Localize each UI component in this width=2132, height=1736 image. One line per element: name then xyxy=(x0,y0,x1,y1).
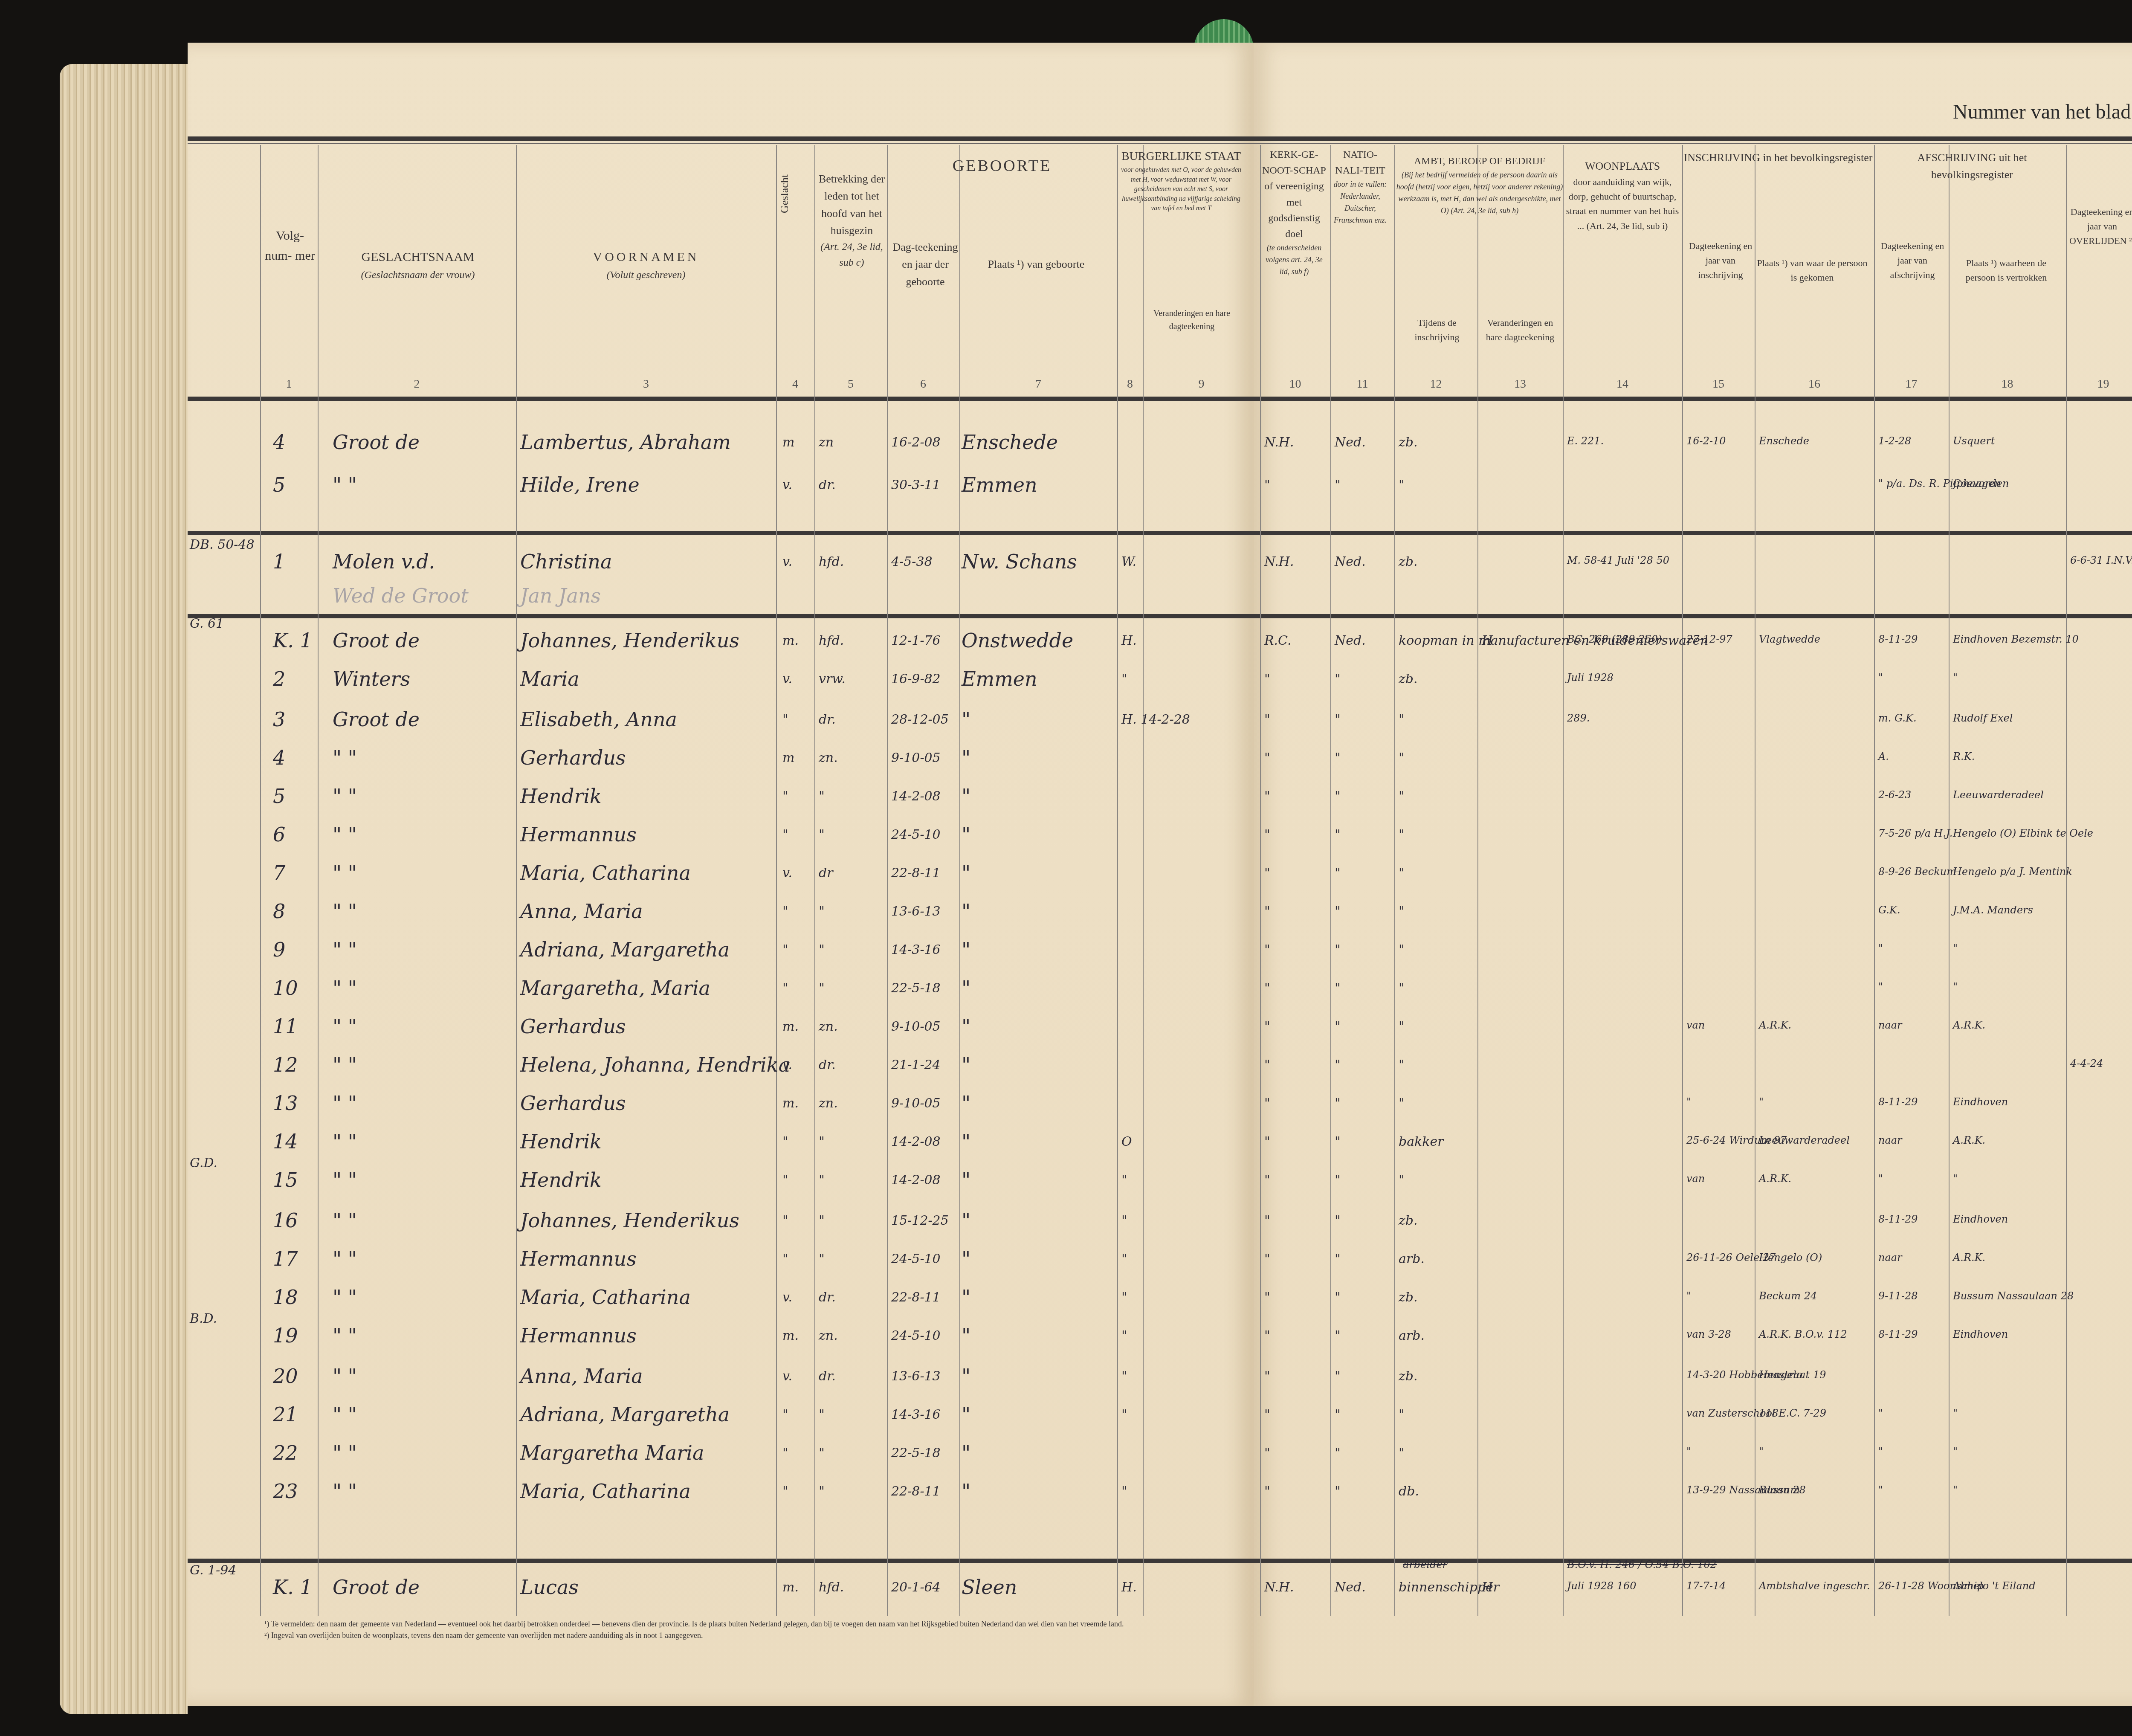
entry-nr: 15 xyxy=(273,1168,298,1191)
entry-civil: " xyxy=(1121,1213,1127,1228)
column-number-5: 5 xyxy=(814,377,887,391)
entry-nat: " xyxy=(1335,1213,1341,1228)
entry-rel: " xyxy=(819,1407,825,1422)
entry-born: 22-8-11 xyxy=(891,866,941,881)
entry-born: 21-1-24 xyxy=(891,1058,941,1072)
entry-nr: K. 1 xyxy=(273,1576,313,1599)
entry-surname: " " xyxy=(333,1365,357,1388)
entry-nr: 13 xyxy=(273,1092,298,1115)
entry-death: 6-6-31 I.N.V. xyxy=(2070,554,2132,566)
entry-rel: dr. xyxy=(819,712,836,727)
entry-occ: " xyxy=(1399,478,1405,493)
entry-civil: H. xyxy=(1121,1580,1137,1595)
col-6-header: Dag-teekening en jaar der geboorte xyxy=(889,239,962,290)
col-14-header: WOONPLAATSdoor aanduiding van wijk, dorp… xyxy=(1565,158,1680,233)
column-number-12: 12 xyxy=(1394,377,1477,391)
entry-born: 22-8-11 xyxy=(891,1484,941,1499)
col-7-header: Plaats ¹) van geboorte xyxy=(962,256,1111,273)
entry-out-to: Coevorden xyxy=(1953,478,2009,490)
entry-born: 4-5-38 xyxy=(891,554,933,569)
entry-nat: " xyxy=(1335,1407,1341,1422)
entry-nr: 7 xyxy=(273,861,285,884)
entry-occ: zb. xyxy=(1399,1213,1418,1228)
entry-given: Adriana, Margaretha xyxy=(520,1403,730,1426)
entry-civil: " xyxy=(1121,1484,1127,1499)
col-19-header: Dagteekening en jaar van OVERLIJDEN ²) xyxy=(2068,205,2132,248)
entry-out-to: Almelo 't Eiland xyxy=(1953,1580,2036,1592)
household-divider xyxy=(188,614,2132,618)
entry-given: Margaretha, Maria xyxy=(520,977,710,1000)
entry-sex: m. xyxy=(782,1580,799,1595)
entry-born: 16-2-08 xyxy=(891,435,941,450)
entry-sex: " xyxy=(782,1213,788,1228)
entry-nr: K. 1 xyxy=(273,629,313,652)
entry-out-to: R.K. xyxy=(1953,751,1975,762)
entry-given: Anna, Maria xyxy=(520,1365,643,1388)
entry-given: Gerhardus xyxy=(520,1015,626,1038)
entry-sex: " xyxy=(782,1252,788,1266)
entry-surname: Winters xyxy=(333,667,410,690)
entry-born: 22-5-18 xyxy=(891,981,941,996)
entry-rel: dr xyxy=(819,866,833,881)
entry-civil: W. xyxy=(1121,554,1136,569)
entry-occ-h: H xyxy=(1482,633,1493,648)
entry-church: " xyxy=(1264,1328,1270,1343)
entry-given: Johannes, Henderikus xyxy=(520,629,739,652)
entry-occ-h: H xyxy=(1482,1580,1493,1595)
entry-given: Adriana, Margaretha xyxy=(520,938,730,961)
entry-born: 14-2-08 xyxy=(891,1173,941,1188)
entry-in-from: Enschede xyxy=(1759,435,1809,447)
column-number-4: 4 xyxy=(776,377,814,391)
entry-occ: zb. xyxy=(1399,672,1418,687)
entry-surname: " " xyxy=(333,1130,357,1153)
entry-addr: M. 58-41 Juli '28 50 xyxy=(1567,554,1669,566)
entry-given: Hendrik xyxy=(520,1168,602,1191)
entry-born: 14-2-08 xyxy=(891,1134,941,1149)
entry-born: 30-3-11 xyxy=(891,478,941,493)
header-bottom-rule xyxy=(188,397,2132,401)
entry-church: " xyxy=(1264,904,1270,919)
entry-in-from: Beckum 24 xyxy=(1759,1290,1817,1302)
entry-out-to: " xyxy=(1953,942,1958,954)
entry-out-date: 8-11-29 xyxy=(1878,1213,1918,1225)
entry-nr: 17 xyxy=(273,1247,298,1270)
entry-nr: 16 xyxy=(273,1209,298,1232)
col-9-header: Veranderingen en hare dagteekening xyxy=(1143,307,1241,333)
entry-rel: zn xyxy=(819,435,834,450)
entry-occ: bakker xyxy=(1399,1134,1444,1149)
column-number-1: 1 xyxy=(260,377,318,391)
entry-occ: " xyxy=(1399,942,1405,957)
inschrijving-group-header: INSCHRIJVING in het bevolkingsregister xyxy=(1682,149,1874,166)
entry-born: 14-3-16 xyxy=(891,942,941,957)
entry-sex: " xyxy=(782,942,788,957)
entry-born: 9-10-05 xyxy=(891,1096,941,1111)
entry-civil: " xyxy=(1121,1173,1127,1188)
entry-occ: koopman in manufacturen en kruidenierswa… xyxy=(1399,633,1709,648)
entry-nr: 2 xyxy=(273,667,285,690)
entry-in-date: 14-3-20 Hobbemastraat 19 xyxy=(1686,1369,1826,1381)
column-number-17: 17 xyxy=(1874,377,1949,391)
entry-given-note: Jan Jans xyxy=(520,584,601,607)
entry-out-to: Bussum Nassaulaan 28 xyxy=(1953,1290,2074,1302)
entry-nat: " xyxy=(1335,1058,1341,1072)
entry-in-from: A.R.K. B.O.v. 112 xyxy=(1759,1328,1847,1340)
entry-out-to: Leeuwarderadeel xyxy=(1953,789,2044,801)
entry-place: Nw. Schans xyxy=(962,550,1077,573)
burgerlijke-staat-header: BURGERLIJKE STAATvoor ongehuwden met O, … xyxy=(1117,147,1245,213)
entry-occ: zb. xyxy=(1399,554,1418,569)
entry-nat: " xyxy=(1335,478,1341,493)
column-rule xyxy=(814,145,815,1616)
entry-place: " xyxy=(962,746,970,769)
entry-ref: B.D. xyxy=(190,1311,217,1326)
entry-sex: " xyxy=(782,1134,788,1149)
entry-church: " xyxy=(1264,1290,1270,1305)
entry-occ: " xyxy=(1399,904,1405,919)
entry-ref: G. 1-94 xyxy=(190,1563,236,1578)
entry-out-date: naar xyxy=(1878,1019,1902,1031)
entry-rel: " xyxy=(819,1213,825,1228)
footnotes: ¹) Te vermelden: den naam der gemeente v… xyxy=(264,1618,1245,1641)
footnote-1: ¹) Te vermelden: den naam der gemeente v… xyxy=(264,1618,1245,1630)
entry-sex: v. xyxy=(782,672,792,687)
household-divider xyxy=(188,531,2132,535)
column-rule xyxy=(1682,145,1683,1616)
entry-ref: G. 61 xyxy=(190,616,224,631)
entry-place: " xyxy=(962,1247,970,1270)
entry-church: " xyxy=(1264,712,1270,727)
entry-out-to: " xyxy=(1953,672,1958,684)
entry-in-date: 17-7-14 xyxy=(1686,1580,1726,1592)
column-rule xyxy=(2066,145,2067,1616)
entry-in-from: Vlagtwedde xyxy=(1759,633,1820,645)
column-rule xyxy=(1117,145,1118,1616)
entry-surname: " " xyxy=(333,785,357,808)
col-13-header: Veranderingen en hare dagteekening xyxy=(1480,316,1561,345)
entry-sex: m. xyxy=(782,1019,799,1034)
geboorte-group-header: GEBOORTE xyxy=(889,154,1115,179)
entry-sex: v. xyxy=(782,1058,792,1072)
entry-place: " xyxy=(962,1092,970,1115)
entry-out-date: 8-11-29 xyxy=(1878,1096,1918,1108)
entry-born: 16-9-82 xyxy=(891,672,941,687)
entry-place: " xyxy=(962,823,970,846)
entry-sex: " xyxy=(782,1407,788,1422)
column-number-8: 8 xyxy=(1117,377,1143,391)
col-3-header: VOORNAMEN(Voluit geschreven) xyxy=(518,247,774,283)
entry-nr: 4 xyxy=(273,746,285,769)
entry-sex: v. xyxy=(782,554,792,569)
entry-born: 24-5-10 xyxy=(891,827,941,842)
column-rule xyxy=(959,145,960,1616)
entry-civil: H. xyxy=(1121,633,1137,648)
entry-church: " xyxy=(1264,1134,1270,1149)
entry-occ: " xyxy=(1399,1019,1405,1034)
entry-out-date: " xyxy=(1878,1484,1883,1496)
col-12-header: Tijdens de inschrijving xyxy=(1396,316,1477,345)
entry-occ: arb. xyxy=(1399,1252,1425,1266)
column-number-7: 7 xyxy=(959,377,1117,391)
entry-in-date: 16-2-10 xyxy=(1686,435,1726,447)
entry-place: " xyxy=(962,1209,970,1232)
entry-occ: " xyxy=(1399,866,1405,881)
column-number-14: 14 xyxy=(1563,377,1682,391)
entry-surname: " " xyxy=(333,1403,357,1426)
entry-sex: v. xyxy=(782,866,792,881)
entry-nat: " xyxy=(1335,1096,1341,1111)
household-divider xyxy=(188,1559,2132,1563)
column-rule xyxy=(1330,145,1331,1616)
entry-surname: " " xyxy=(333,1441,357,1464)
entry-place: Sleen xyxy=(962,1576,1017,1599)
entry-in-date: " xyxy=(1686,1446,1691,1458)
entry-in-from: A.R.K. xyxy=(1759,1019,1791,1031)
entry-born: 22-8-11 xyxy=(891,1290,941,1305)
entry-occ: arb. xyxy=(1399,1328,1425,1343)
entry-place: Onstwedde xyxy=(962,629,1073,652)
entry-rel: " xyxy=(819,1252,825,1266)
entry-church: " xyxy=(1264,942,1270,957)
entry-church: " xyxy=(1264,1446,1270,1461)
column-number-2: 2 xyxy=(318,377,516,391)
entry-born: 22-5-18 xyxy=(891,1446,941,1461)
entry-in-from: " xyxy=(1759,1446,1764,1458)
entry-rel: zn. xyxy=(819,1019,838,1034)
entry-born: 9-10-05 xyxy=(891,751,941,765)
col-15-header: Dagteekening en jaar van inschrijving xyxy=(1686,239,1755,282)
entry-sex: " xyxy=(782,827,788,842)
entry-rel: hfd. xyxy=(819,633,844,648)
column-number-16: 16 xyxy=(1755,377,1874,391)
entry-occ: " xyxy=(1399,1058,1405,1072)
entry-out-to: " xyxy=(1953,1407,1958,1419)
entry-occ: " xyxy=(1399,712,1405,727)
entry-church: " xyxy=(1264,1173,1270,1188)
entry-surname: Groot de xyxy=(333,1576,420,1599)
entry-rel: vrw. xyxy=(819,672,846,687)
entry-surname: " " xyxy=(333,746,357,769)
entry-sex: m. xyxy=(782,1096,799,1111)
column-number-3: 3 xyxy=(516,377,776,391)
entry-in-date: van Zusterschool E.C. 7-29 xyxy=(1686,1407,1826,1419)
entry-in-from: Leeuwarderadeel xyxy=(1759,1134,1850,1146)
entry-surname: " " xyxy=(333,1324,357,1347)
entry-addr-struck: B.O.v. H. 246 / O.54 B.O. 102 xyxy=(1567,1559,1717,1571)
entry-place: Emmen xyxy=(962,473,1037,496)
entry-given: Christina xyxy=(520,550,612,573)
entry-sex: " xyxy=(782,981,788,996)
column-rule xyxy=(1563,145,1564,1616)
entry-rel: zn. xyxy=(819,1096,838,1111)
column-rule xyxy=(1755,145,1755,1616)
entry-out-to: Hengelo p/a J. Mentink xyxy=(1953,866,2072,878)
entry-given: Hilde, Irene xyxy=(520,473,640,496)
entry-civil: " xyxy=(1121,672,1127,687)
entry-in-date: van 3-28 xyxy=(1686,1328,1731,1340)
entry-civil: H. 14-2-28 xyxy=(1121,712,1190,727)
column-number-11: 11 xyxy=(1330,377,1394,391)
entry-nat: " xyxy=(1335,1252,1341,1266)
entry-out-date: 1-2-28 xyxy=(1878,435,1911,447)
entry-nat: " xyxy=(1335,904,1341,919)
entry-nr: 14 xyxy=(273,1130,298,1153)
entry-nat: Ned. xyxy=(1335,1580,1366,1595)
entry-sex: " xyxy=(782,904,788,919)
entry-out-to: J.M.A. Manders xyxy=(1953,904,2033,916)
entry-nat: " xyxy=(1335,712,1341,727)
entry-nr: 9 xyxy=(273,938,285,961)
entry-occ-struck: arbeider xyxy=(1403,1559,1447,1571)
entry-church: R.C. xyxy=(1264,633,1292,648)
entry-out-to: Usquert xyxy=(1953,435,1995,447)
entry-place: " xyxy=(962,1015,970,1038)
entry-church: " xyxy=(1264,789,1270,804)
entry-given: Hermannus xyxy=(520,1247,637,1270)
column-rule xyxy=(516,145,517,1616)
entry-occ: " xyxy=(1399,789,1405,804)
entry-place: " xyxy=(962,938,970,961)
entry-given: Hermannus xyxy=(520,1324,637,1347)
entry-given: Gerhardus xyxy=(520,1092,626,1115)
entry-given: Hendrik xyxy=(520,785,602,808)
entry-nr: 12 xyxy=(273,1053,298,1076)
entry-church: " xyxy=(1264,751,1270,765)
entry-surname: Molen v.d. xyxy=(333,550,435,573)
column-rule xyxy=(1394,145,1395,1616)
entry-given: Gerhardus xyxy=(520,746,626,769)
entry-given: Maria xyxy=(520,667,579,690)
entry-rel: " xyxy=(819,827,825,842)
entry-sex: m. xyxy=(782,633,799,648)
entry-rel: dr. xyxy=(819,478,836,493)
entry-rel: hfd. xyxy=(819,554,844,569)
entry-in-from: Ambtshalve ingeschr. xyxy=(1759,1580,1870,1592)
entry-given: Elisabeth, Anna xyxy=(520,708,677,731)
entry-out-date: " xyxy=(1878,981,1883,993)
column-number-19: 19 xyxy=(2066,377,2132,391)
col-17-header: Dagteekening en jaar van afschrijving xyxy=(1878,239,1947,282)
entry-nat: " xyxy=(1335,942,1341,957)
entry-sex: " xyxy=(782,1484,788,1499)
entry-nat: " xyxy=(1335,672,1341,687)
entry-church: " xyxy=(1264,1407,1270,1422)
entry-rel: " xyxy=(819,904,825,919)
entry-given: Lambertus, Abraham xyxy=(520,431,731,454)
entry-in-from: Hengelo xyxy=(1759,1369,1802,1381)
entry-surname: " " xyxy=(333,473,357,496)
entry-nat: " xyxy=(1335,789,1341,804)
entry-out-date: A. xyxy=(1878,751,1889,762)
col-1-header: Volg- num- mer xyxy=(264,226,316,266)
entry-church: " xyxy=(1264,1369,1270,1384)
entry-surname: " " xyxy=(333,823,357,846)
entry-nat: Ned. xyxy=(1335,554,1366,569)
entry-out-date: naar xyxy=(1878,1134,1902,1146)
entry-nr: 20 xyxy=(273,1365,298,1388)
entry-nr: 8 xyxy=(273,900,285,923)
entry-place: " xyxy=(962,1365,970,1388)
column-rule xyxy=(1874,145,1875,1616)
sheet-number-label: Nummer van het blad xyxy=(1953,100,2131,124)
entry-born: 13-6-13 xyxy=(891,1369,941,1384)
entry-given: Maria, Catharina xyxy=(520,1286,691,1309)
entry-church: N.H. xyxy=(1264,435,1294,450)
entry-out-to: Eindhoven Bezemstr. 10 xyxy=(1953,633,2079,645)
entry-place: " xyxy=(962,1403,970,1426)
entry-out-to: Eindhoven xyxy=(1953,1213,2008,1225)
entry-given: Hermannus xyxy=(520,823,637,846)
entry-occ: zb. xyxy=(1399,1369,1418,1384)
entry-place: " xyxy=(962,977,970,1000)
entry-out-date: 8-11-29 xyxy=(1878,1328,1918,1340)
entry-nat: " xyxy=(1335,751,1341,765)
column-rule xyxy=(1477,145,1478,1616)
entry-civil: " xyxy=(1121,1252,1127,1266)
entry-nr: 5 xyxy=(273,785,285,808)
column-number-10: 10 xyxy=(1260,377,1330,391)
column-rule xyxy=(776,145,777,1616)
column-number-9: 9 xyxy=(1143,377,1260,391)
entry-nat: Ned. xyxy=(1335,435,1366,450)
entry-out-to: " xyxy=(1953,1446,1958,1458)
entry-surname: " " xyxy=(333,1092,357,1115)
entry-out-to: " xyxy=(1953,981,1958,993)
entry-in-from: A.R.K. xyxy=(1759,1173,1791,1185)
entry-rel: " xyxy=(819,981,825,996)
ambt-group-header: AMBT, BEROEP OF BEDRIJF(Bij het bedrijf … xyxy=(1394,154,1565,217)
entry-surname: " " xyxy=(333,1053,357,1076)
entry-church: " xyxy=(1264,1252,1270,1266)
entry-sex: " xyxy=(782,712,788,727)
entry-out-to: Hengelo (O) Elbink te Oele xyxy=(1953,827,2093,839)
entry-surname: " " xyxy=(333,977,357,1000)
entry-born: 12-1-76 xyxy=(891,633,941,648)
entry-born: 14-2-08 xyxy=(891,789,941,804)
entry-addr: E. 221. xyxy=(1567,435,1604,447)
column-number-13: 13 xyxy=(1477,377,1563,391)
col-18-header: Plaats ¹) waarheen de persoon is vertrok… xyxy=(1951,256,2062,285)
entry-out-to: Rudolf Exel xyxy=(1953,712,2013,724)
entry-rel: " xyxy=(819,789,825,804)
entry-surname: " " xyxy=(333,938,357,961)
entry-nat: " xyxy=(1335,866,1341,881)
entry-given: Anna, Maria xyxy=(520,900,643,923)
entry-in-from: " xyxy=(1759,1096,1764,1108)
entry-sex: " xyxy=(782,789,788,804)
entry-place: " xyxy=(962,1441,970,1464)
entry-rel: dr. xyxy=(819,1290,836,1305)
entry-born: 14-3-16 xyxy=(891,1407,941,1422)
entry-place: " xyxy=(962,1130,970,1153)
entry-surname: " " xyxy=(333,900,357,923)
entry-out-date: " xyxy=(1878,1173,1883,1185)
entry-out-date: m. G.K. xyxy=(1878,712,1917,724)
entry-in-from: Bussum xyxy=(1759,1484,1800,1496)
entry-born: 9-10-05 xyxy=(891,1019,941,1034)
entry-sex: v. xyxy=(782,1369,792,1384)
entry-civil: " xyxy=(1121,1407,1127,1422)
entry-church: " xyxy=(1264,1213,1270,1228)
entry-sex: v. xyxy=(782,1290,792,1305)
entry-church: N.H. xyxy=(1264,554,1294,569)
entry-addr: 289. xyxy=(1567,712,1590,724)
entry-surname: " " xyxy=(333,1209,357,1232)
entry-ref: G.D. xyxy=(190,1156,217,1171)
entry-rel: hfd. xyxy=(819,1580,844,1595)
entry-occ: " xyxy=(1399,1173,1405,1188)
